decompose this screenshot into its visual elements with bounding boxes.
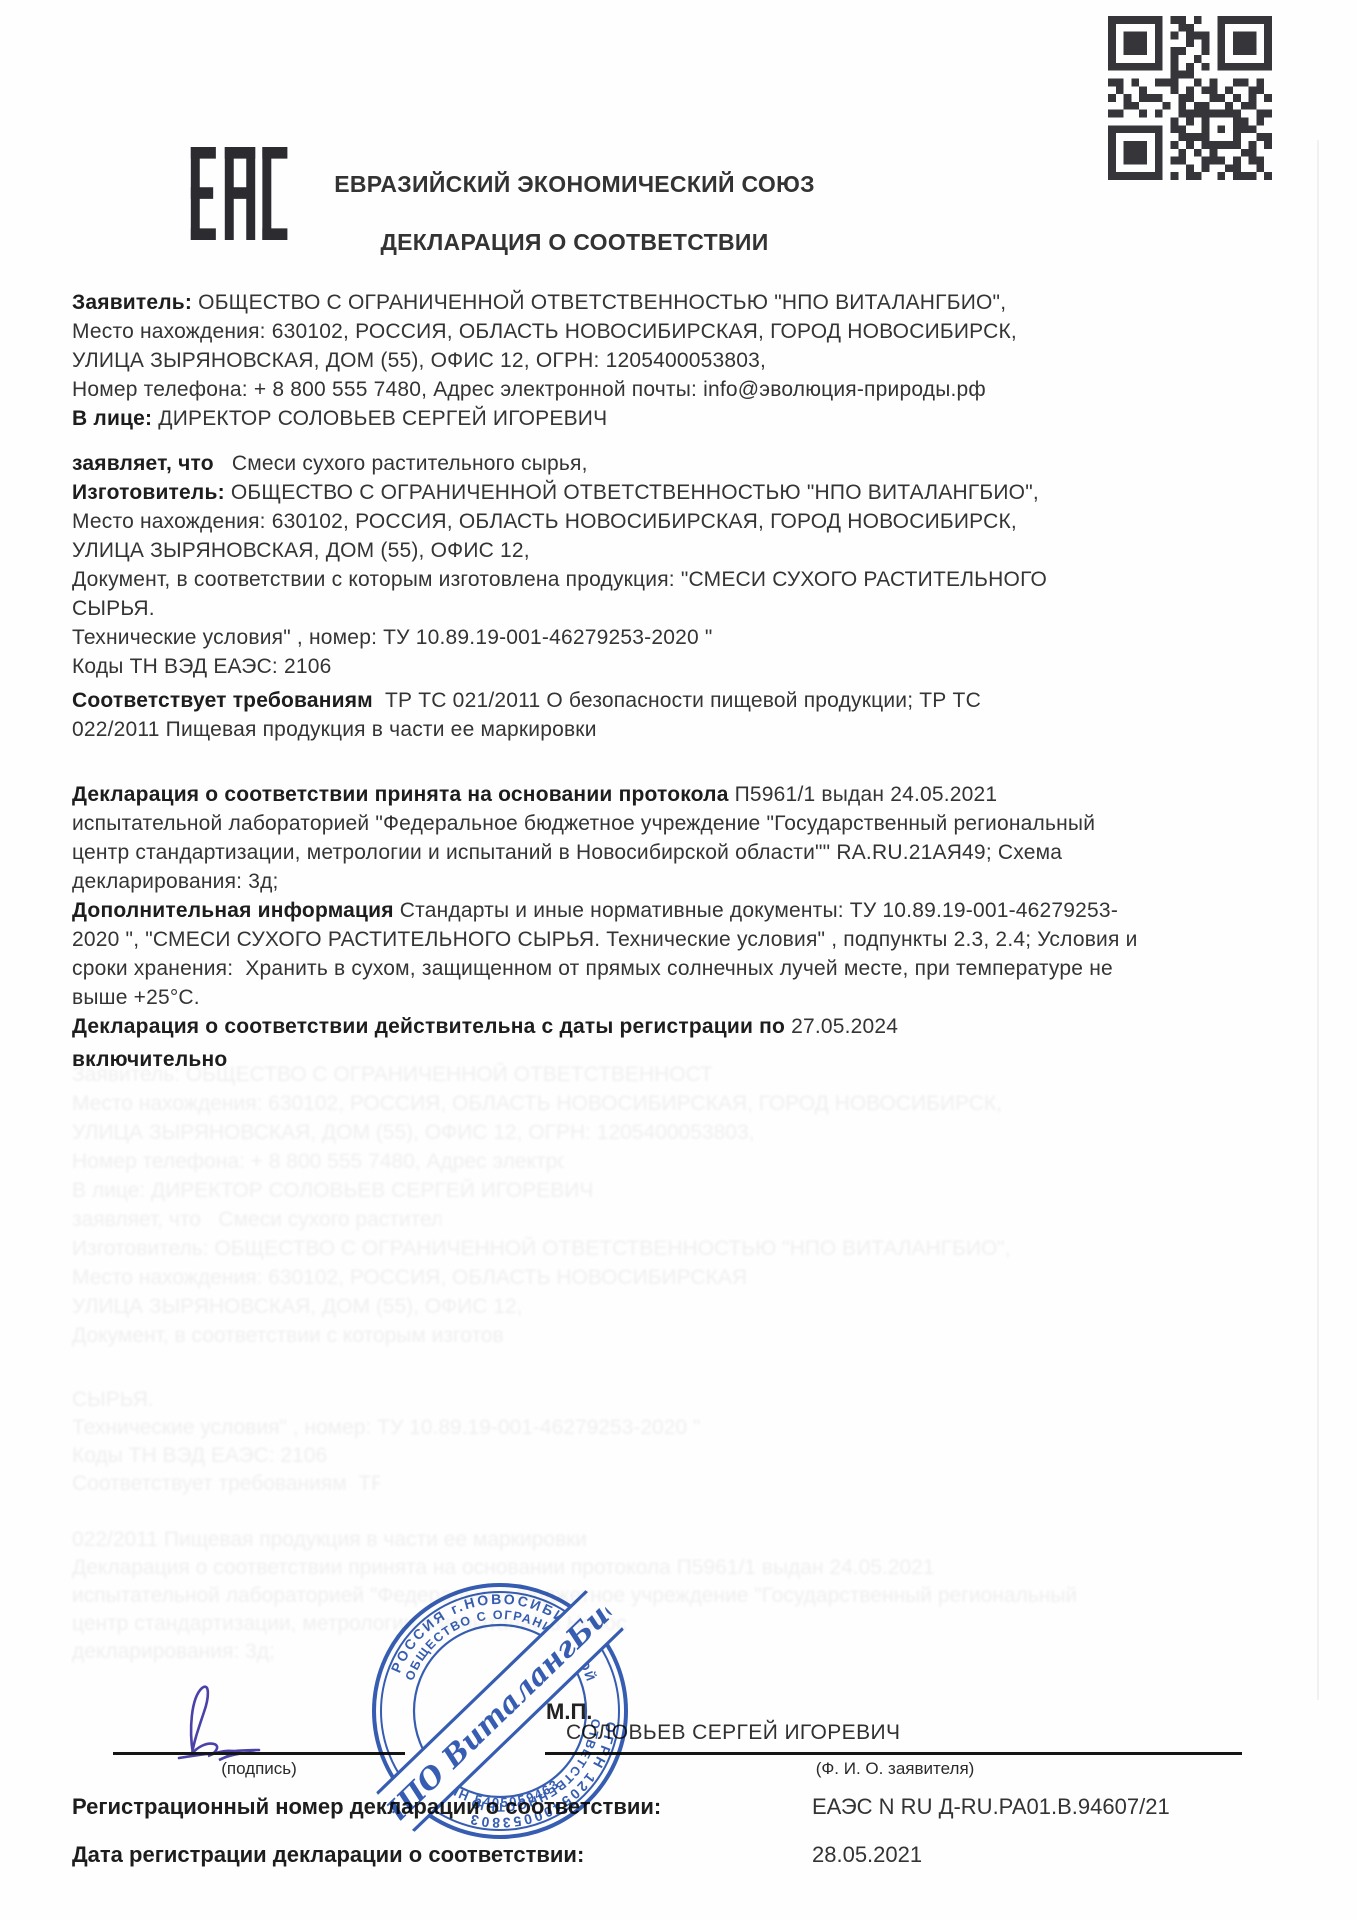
applicant-name-caption: (Ф. И. О. заявителя) [745,1759,1045,1779]
body-line: выше +25°С. [72,983,1138,1012]
handwritten-signature [163,1680,273,1762]
bleed-through-line: Коды ТН ВЭД ЕАЭС: 2106 [72,1444,1179,1468]
paragraph-validity: Декларация о соответствии действительна … [72,1010,898,1076]
bleed-through-line: Соответствует требованиям ТР ТС 021/2011… [72,1472,380,1496]
bleed-through-line: УЛИЦА ЗЫРЯНОВСКАЯ, ДОМ (55), ОФИС 12, ОГ… [72,1121,1179,1145]
body-line: Место нахождения: 630102, РОССИЯ, ОБЛАСТ… [72,507,1047,536]
paragraph-additional-info: Дополнительная информация Стандарты и ин… [72,896,1138,1012]
company-round-stamp: РОССИЯ г.НОВОСИБИРСК ОГРН 1205400053803 … [350,1561,650,1861]
body-line: В лице: ДИРЕКТОР СОЛОВЬЕВ СЕРГЕЙ ИГОРЕВИ… [72,404,1017,433]
body-line: центр стандартизации, метрологии и испыт… [72,838,1095,867]
bleed-through-line: Изготовитель: ОБЩЕСТВО С ОГРАНИЧЕННОЙ ОТ… [72,1237,1154,1261]
body-line: Декларация о соответствии действительна … [72,1010,898,1043]
bleed-through-line: СЫРЬЯ. [72,1388,1204,1412]
body-line: Коды ТН ВЭД ЕАЭС: 2106 [72,652,1047,681]
body-line: включительно [72,1043,898,1076]
document-title: ДЕКЛАРАЦИЯ О СООТВЕТСТВИИ [72,229,1077,256]
body-line: Дополнительная информация Стандарты и ин… [72,896,1138,925]
qr-code-icon [1108,16,1272,180]
body-line: Документ, в соответствии с которым изгот… [72,565,1047,594]
scan-artifact-line [1317,140,1319,1700]
bleed-through-line: Место нахождения: 630102, РОССИЯ, ОБЛАСТ… [72,1266,749,1290]
body-line: УЛИЦА ЗЫРЯНОВСКАЯ, ДОМ (55), ОФИС 12, ОГ… [72,346,1017,375]
paragraph-product-manufacturer: заявляет, что Смеси сухого растительного… [72,449,1047,681]
bleed-through-line: Декларация о соответствии принята на осн… [72,1556,1228,1580]
bleed-through-line: 022/2011 Пищевая продукция в части ее ма… [72,1528,810,1552]
body-line: СЫРЬЯ. [72,594,1047,623]
bleed-through-line: Документ, в соответствии с которым изгот… [72,1324,503,1348]
body-line: заявляет, что Смеси сухого растительного… [72,449,1047,478]
body-line: декларирования: 3д; [72,867,1095,896]
body-line: 022/2011 Пищевая продукция в части ее ма… [72,715,981,744]
body-line: Место нахождения: 630102, РОССИЯ, ОБЛАСТ… [72,317,1017,346]
bleed-through-line: Место нахождения: 630102, РОССИЯ, ОБЛАСТ… [72,1092,1265,1116]
bleed-through-line: В лице: ДИРЕКТОР СОЛОВЬЕВ СЕРГЕЙ ИГОРЕВИ… [72,1179,1216,1203]
union-title: ЕВРАЗИЙСКИЙ ЭКОНОМИЧЕСКИЙ СОЮЗ [72,171,1077,198]
body-line: 2020 ", "СМЕСИ СУХОГО РАСТИТЕЛЬНОГО СЫРЬ… [72,925,1138,954]
bleed-through-line: заявляет, что Смеси сухого растительного… [72,1208,441,1232]
body-line: Соответствует требованиям ТР ТС 021/2011… [72,686,981,715]
body-line: Изготовитель: ОБЩЕСТВО С ОГРАНИЧЕННОЙ ОТ… [72,478,1047,507]
registration-number-value: ЕАЭС N RU Д-RU.РА01.В.94607/21 [812,1794,1170,1820]
bleed-through-line: Технические условия" , номер: ТУ 10.89.1… [72,1416,1241,1440]
body-line: сроки хранения: Хранить в сухом, защищен… [72,954,1138,983]
body-line: Заявитель: ОБЩЕСТВО С ОГРАНИЧЕННОЙ ОТВЕТ… [72,288,1017,317]
paragraph-applicant: Заявитель: ОБЩЕСТВО С ОГРАНИЧЕННОЙ ОТВЕТ… [72,288,1017,433]
declaration-document-page: ЕВРАЗИЙСКИЙ ЭКОНОМИЧЕСКИЙ СОЮЗ ДЕКЛАРАЦИ… [0,0,1357,1920]
body-line: Технические условия" , номер: ТУ 10.89.1… [72,623,1047,652]
bleed-through-line: Номер телефона: + 8 800 555 7480, Адрес … [72,1150,564,1174]
body-line: УЛИЦА ЗЫРЯНОВСКАЯ, ДОМ (55), ОФИС 12, [72,536,1047,565]
body-line: Номер телефона: + 8 800 555 7480, Адрес … [72,375,1017,404]
paragraph-requirements: Соответствует требованиям ТР ТС 021/2011… [72,686,981,744]
bleed-through-line: УЛИЦА ЗЫРЯНОВСКАЯ, ДОМ (55), ОФИС 12, [72,1295,1253,1319]
body-line: Декларация о соответствии принята на осн… [72,780,1095,809]
paragraph-protocol-basis: Декларация о соответствии принята на осн… [72,780,1095,896]
body-line: испытательной лабораторией "Федеральное … [72,809,1095,838]
registration-date-value: 28.05.2021 [812,1842,922,1868]
